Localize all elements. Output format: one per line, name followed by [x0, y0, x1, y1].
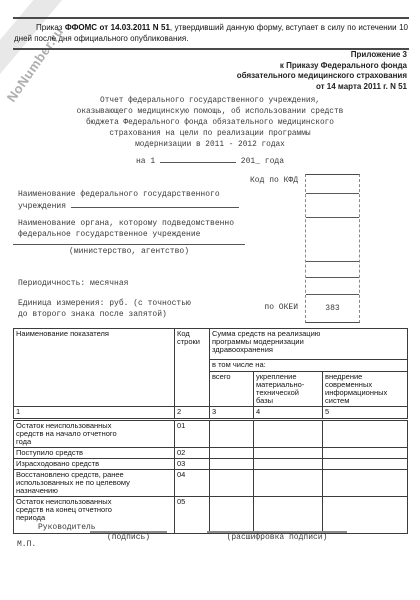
org-name-line: учреждения	[18, 200, 239, 212]
title-line: страхования на цели по реализации програ…	[0, 129, 420, 140]
value-cell	[210, 497, 254, 534]
row-name-cell: Поступило средств	[14, 448, 175, 459]
header-total: всего	[210, 372, 254, 407]
codes-cell	[306, 262, 359, 278]
value-cell	[210, 470, 254, 497]
header-material-base: укрепление материально- технической базы	[254, 372, 323, 407]
header-line-code: Код строки	[175, 329, 210, 407]
title-line: модернизации в 2011 - 2012 годах	[0, 140, 420, 151]
codes-box: 383	[305, 174, 360, 323]
row-name-cell: Остаток неиспользованных средств на нача…	[14, 420, 175, 448]
org-authority-block: Наименование органа, которому подведомст…	[18, 218, 234, 240]
value-cell	[323, 459, 408, 470]
title-line: оказывающего медицинскую помощь, об испо…	[0, 107, 420, 118]
value-cell	[254, 470, 323, 497]
ministry-caption: (министерство, агентство)	[13, 247, 245, 256]
report-date-line: на 1 201_ года	[0, 155, 420, 166]
column-number: 2	[175, 407, 210, 420]
value-cell	[254, 459, 323, 470]
appendix-line: Приложение 3	[237, 50, 407, 61]
row-code-cell: 02	[175, 448, 210, 459]
value-cell	[210, 448, 254, 459]
unit-line: Единица измерения: руб. (с точностью	[18, 298, 191, 309]
org-name-prefix: учреждения	[18, 202, 66, 211]
value-cell	[323, 448, 408, 459]
value-cell	[323, 470, 408, 497]
table-row: Остаток неиспользованных средств на нача…	[14, 420, 408, 448]
transcript-caption: (расшифровка подписи)	[207, 533, 347, 542]
org-name-block: Наименование федерального государственно…	[18, 189, 239, 212]
codes-cell-okei-value: 383	[306, 295, 359, 322]
org-name-underline	[71, 200, 239, 208]
appendix-line: от 14 марта 2011 г. N 51	[237, 82, 407, 93]
okei-label: по ОКЕИ	[200, 303, 298, 312]
column-number: 1	[14, 407, 175, 420]
title-line: бюджета Федерального фонда обязательного…	[0, 118, 420, 129]
column-number: 5	[323, 407, 408, 420]
value-cell	[254, 448, 323, 459]
row-name-cell: Восстановлено средств, ранее использован…	[14, 470, 175, 497]
codes-cell	[306, 194, 359, 218]
note-prefix: Приказ	[36, 23, 65, 32]
row-code-cell: 04	[175, 470, 210, 497]
value-cell	[210, 420, 254, 448]
kfd-label: Код по КФД	[200, 176, 298, 185]
org-name-line: Наименование федерального государственно…	[18, 189, 239, 200]
note-order-reference: ФФОМС от 14.03.2011 N 51	[65, 23, 170, 32]
header-sum-group: Сумма средств на реализацию программы мо…	[210, 329, 408, 360]
date-prefix: на 1	[136, 157, 155, 166]
appendix-line: обязательного медицинского страхования	[237, 71, 407, 82]
form-title: Отчет федерального государственного учре…	[0, 96, 420, 151]
table-row: Поступило средств 02	[14, 448, 408, 459]
appendix-block: Приложение 3 к Приказу Федерального фонд…	[237, 50, 407, 92]
codes-cell	[306, 278, 359, 295]
value-cell	[323, 497, 408, 534]
row-code-cell: 03	[175, 459, 210, 470]
unit-block: Единица измерения: руб. (с точностью до …	[18, 298, 191, 320]
row-name-cell: Израсходовано средств	[14, 459, 175, 470]
ministry-underline	[13, 244, 245, 245]
date-suffix: 201_ года	[241, 157, 284, 166]
codes-cell	[306, 218, 359, 262]
header-info-systems: внедрение современных информационных сис…	[323, 372, 408, 407]
seal-mark: М.П.	[17, 540, 36, 549]
row-code-cell: 01	[175, 420, 210, 448]
table-row: Израсходовано средств 03	[14, 459, 408, 470]
column-number: 3	[210, 407, 254, 420]
legal-note-text: Приказ ФФОМС от 14.03.2011 N 51, утверди…	[14, 22, 408, 44]
value-cell	[210, 459, 254, 470]
header-including: в том числе на:	[210, 360, 408, 372]
unit-line: до второго знака после запятой)	[18, 309, 191, 320]
legal-note: Приказ ФФОМС от 14.03.2011 N 51, утверди…	[13, 17, 409, 50]
value-cell	[254, 497, 323, 534]
org-authority-line: Наименование органа, которому подведомст…	[18, 218, 234, 229]
codes-cell-kfd	[306, 175, 359, 194]
org-authority-line: федеральное государственное учреждение	[18, 229, 234, 240]
appendix-line: к Приказу Федерального фонда	[237, 61, 407, 72]
signature-caption: (подпись)	[90, 533, 167, 542]
header-indicator-name: Наименование показателя	[14, 329, 175, 407]
value-cell	[323, 420, 408, 448]
column-number: 4	[254, 407, 323, 420]
table-row: Восстановлено средств, ранее использован…	[14, 470, 408, 497]
date-blank-underline	[160, 155, 236, 163]
row-code-cell: 05	[175, 497, 210, 534]
document-page: NoNumber.ru Приказ ФФОМС от 14.03.2011 N…	[0, 0, 420, 600]
title-line: Отчет федерального государственного учре…	[0, 96, 420, 107]
report-table: Наименование показателя Код строки Сумма…	[13, 328, 408, 534]
value-cell	[254, 420, 323, 448]
periodicity-text: Периодичность: месячная	[18, 278, 128, 289]
signature-role-label: Руководитель	[38, 523, 96, 532]
